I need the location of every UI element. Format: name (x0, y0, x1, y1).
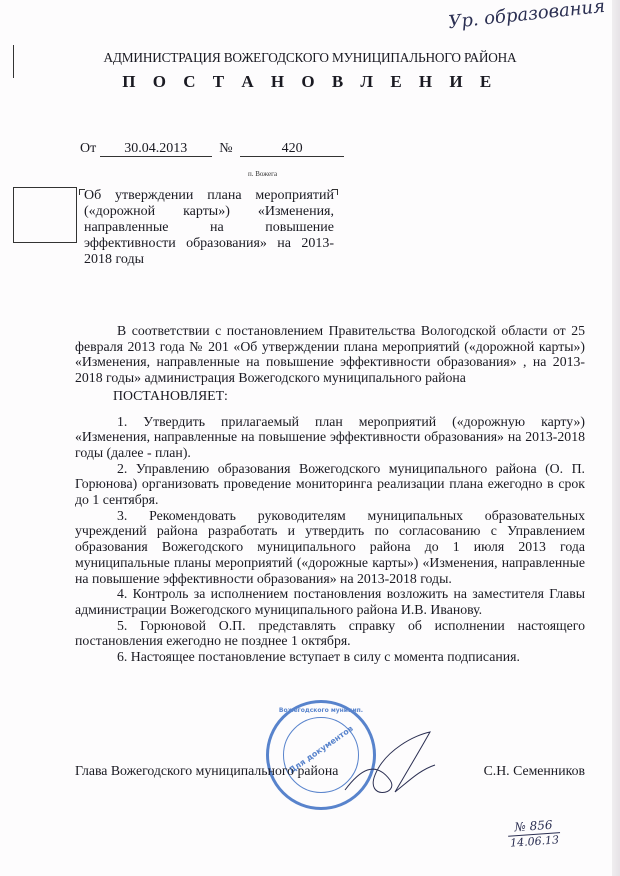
signatory-position: Глава Вожегодского муниципального района (75, 763, 338, 778)
handwritten-note: Ур. образования (447, 0, 606, 33)
item-5: 5. Горюновой О.П. представлять справку о… (75, 618, 585, 649)
preamble: В соответствии с постановлением Правител… (75, 323, 585, 386)
decree-word: ПОСТАНОВЛЯЕТ: (75, 388, 585, 404)
stamp-ring-text: Вожегодского муницип. (269, 707, 373, 714)
document-body: В соответствии с постановлением Правител… (75, 323, 585, 665)
item-3: 3. Рекомендовать руководителям муниципал… (75, 508, 585, 587)
registration-mark: № 856 14.06.13 (507, 816, 561, 850)
document-subject: Об утверждении плана мероприятий («дорож… (84, 188, 334, 268)
document-date: 30.04.2013 (100, 142, 212, 157)
date-number-line: От 30.04.2013 № 420 (80, 141, 344, 157)
item-4: 4. Контроль за исполнением постановления… (75, 586, 585, 617)
registration-date: 14.06.13 (508, 833, 561, 850)
number-label: № (219, 141, 232, 156)
item-1: 1. Утвердить прилагаемый план мероприяти… (75, 414, 585, 461)
signature-row: Глава Вожегодского муниципального района… (75, 763, 585, 779)
document-title: П О С Т А Н О В Л Е Н И Е (0, 72, 620, 92)
item-6: 6. Настоящее постановление вступает в си… (75, 649, 585, 665)
date-label: От (80, 141, 96, 156)
registration-box (13, 187, 77, 243)
place: п. Вожега (248, 170, 277, 178)
signatory-name: С.Н. Семенников (484, 763, 585, 779)
document-number: 420 (240, 142, 344, 157)
page-edge (612, 0, 620, 876)
item-2: 2. Управлению образования Вожегодского м… (75, 461, 585, 508)
organization-heading: АДМИНИСТРАЦИЯ ВОЖЕГОДСКОГО МУНИЦИПАЛЬНОГ… (0, 50, 620, 66)
